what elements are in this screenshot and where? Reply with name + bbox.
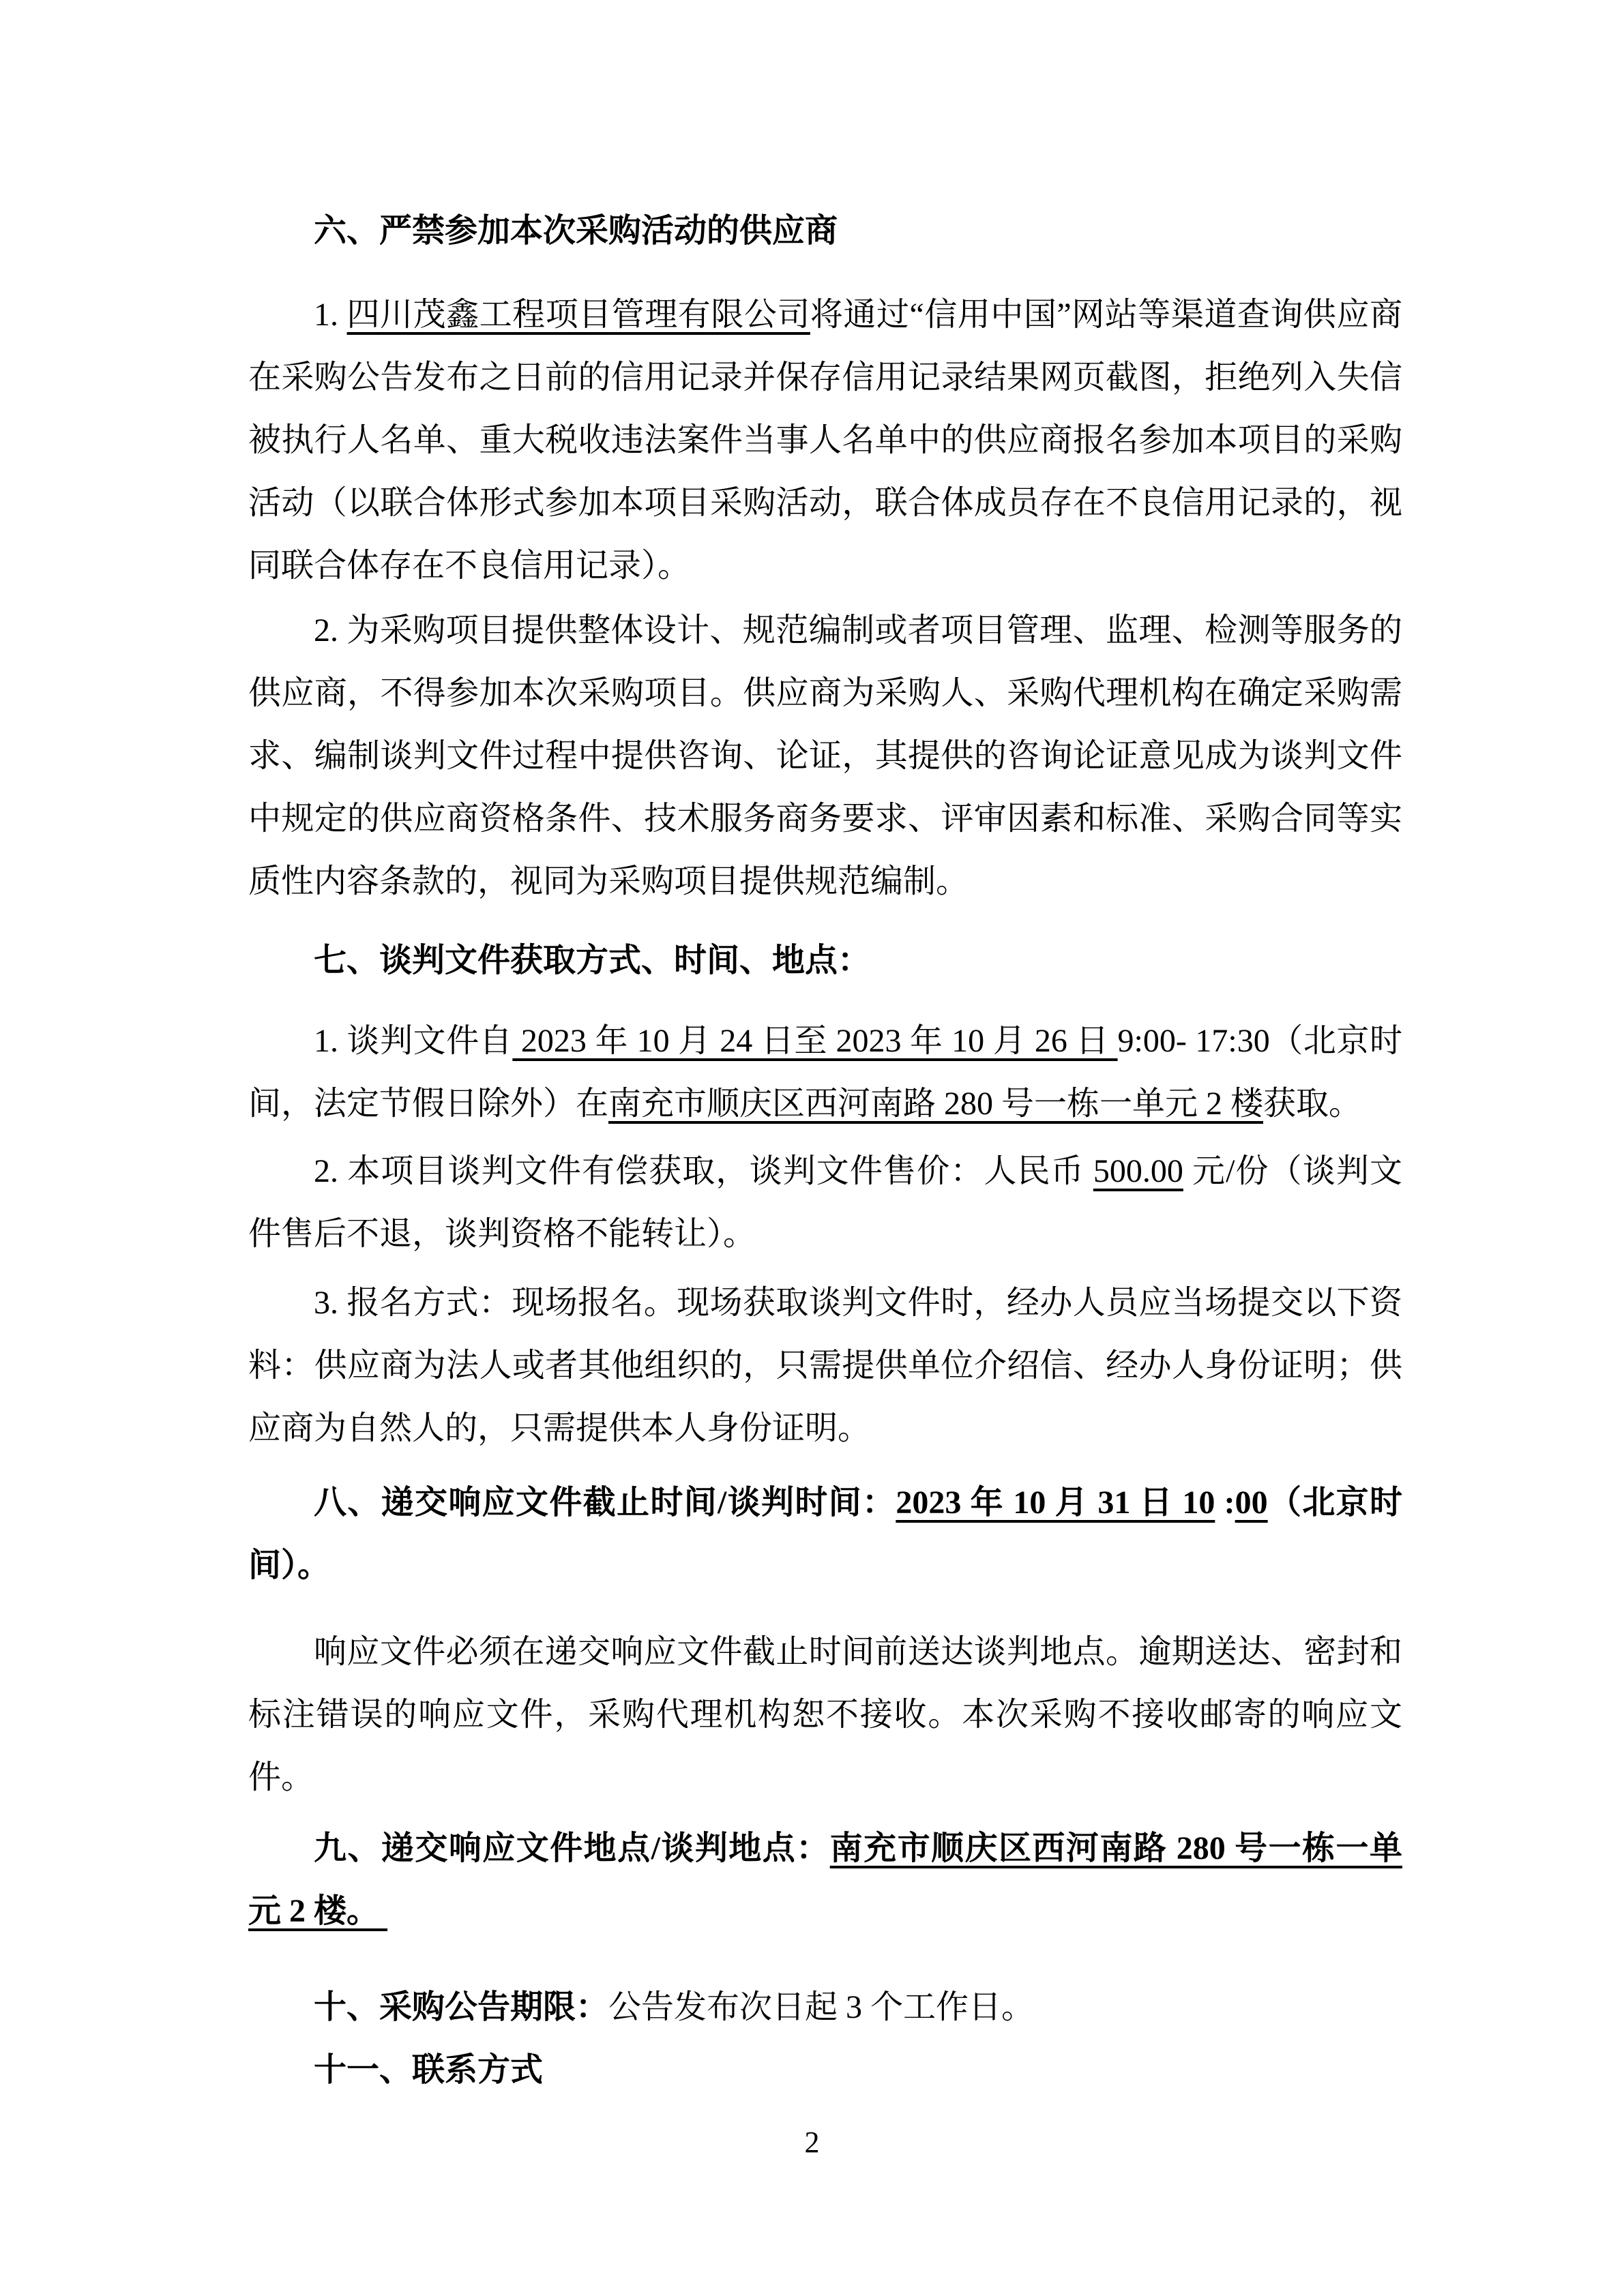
document-body: 六、严禁参加本次采购活动的供应商1. 四川茂鑫工程项目管理有限公司将通过“信用中… <box>248 200 1402 2102</box>
sec8-p1: 响应文件必须在递交响应文件截止时间前送达谈判地点。逾期送达、密封和标注错误的响应… <box>248 1621 1402 1809</box>
text-run: 1. <box>314 297 347 333</box>
text-run: 2. 为采购项目提供整体设计、规范编制或者项目管理、监理、检测等服务的供应商，不… <box>248 612 1402 899</box>
sec7-p2: 2. 本项目谈判文件有偿获取，谈判文件售价：人民币 500.00 元/份（谈判文… <box>248 1140 1402 1266</box>
sec6-p2: 2. 为采购项目提供整体设计、规范编制或者项目管理、监理、检测等服务的供应商，不… <box>248 599 1402 913</box>
text-run: 2023 年 10 月 31 日 10 <box>896 1485 1215 1521</box>
text-run: 00 <box>1235 1485 1268 1521</box>
sec8-heading: 八、递交响应文件截止时间/谈判时间：2023 年 10 月 31 日 10 :0… <box>248 1472 1402 1597</box>
text-run: 响应文件必须在递交响应文件截止时间前送达谈判地点。逾期送达、密封和标注错误的响应… <box>248 1634 1402 1795</box>
text-run: 九、递交响应文件地点/谈判地点： <box>314 1830 830 1866</box>
text-run: : <box>1215 1485 1235 1521</box>
sec7-p1: 1. 谈判文件自 2023 年 10 月 24 日至 2023 年 10 月 2… <box>248 1010 1402 1135</box>
text-run: 2. 本项目谈判文件有偿获取，谈判文件售价：人民币 <box>314 1153 1093 1189</box>
text-run: 七、谈判文件获取方式、时间、地点： <box>314 942 870 979</box>
text-run: 1. 谈判文件自 <box>314 1023 512 1059</box>
text-run: 将通过“信用中国”网站等渠道查询供应商在采购公告发布之日前的信用记录并保存信用记… <box>248 297 1402 584</box>
document-page: 六、严禁参加本次采购活动的供应商1. 四川茂鑫工程项目管理有限公司将通过“信用中… <box>248 0 1402 2102</box>
sec6-p1: 1. 四川茂鑫工程项目管理有限公司将通过“信用中国”网站等渠道查询供应商在采购公… <box>248 284 1402 597</box>
text-run: 十、采购公告期限： <box>314 1989 608 2025</box>
sec7-p3: 3. 报名方式：现场报名。现场获取谈判文件时，经办人员应当场提交以下资料：供应商… <box>248 1272 1402 1460</box>
text-run: 八、递交响应文件截止时间/谈判时间： <box>314 1485 896 1521</box>
text-run: 500.00 <box>1093 1153 1183 1189</box>
text-run: 十一、联系方式 <box>314 2052 543 2088</box>
text-run: 获取。 <box>1263 1086 1361 1122</box>
sec10-heading: 十、采购公告期限：公告发布次日起 3 个工作日。 <box>248 1976 1402 2039</box>
text-run: 3. 报名方式：现场报名。现场获取谈判文件时，经办人员应当场提交以下资料：供应商… <box>248 1285 1402 1446</box>
sec9-heading: 九、递交响应文件地点/谈判地点：南充市顺庆区西河南路 280 号一栋一单元 2 … <box>248 1817 1402 1943</box>
text-run: 公告发布次日起 3 个工作日。 <box>608 1989 1034 2025</box>
text-run: 六、严禁参加本次采购活动的供应商 <box>314 213 838 249</box>
page-number: 2 <box>0 2126 1624 2159</box>
sec6-heading: 六、严禁参加本次采购活动的供应商 <box>248 200 1402 263</box>
sec7-heading: 七、谈判文件获取方式、时间、地点： <box>248 929 1402 992</box>
text-run: 四川茂鑫工程项目管理有限公司 <box>347 297 810 333</box>
text-run: 2023 年 10 月 24 日至 2023 年 10 月 26 日 <box>512 1023 1117 1059</box>
text-run: 南充市顺庆区西河南路 280 号一栋一单元 2 楼 <box>608 1086 1263 1122</box>
sec11-heading: 十一、联系方式 <box>248 2039 1402 2102</box>
